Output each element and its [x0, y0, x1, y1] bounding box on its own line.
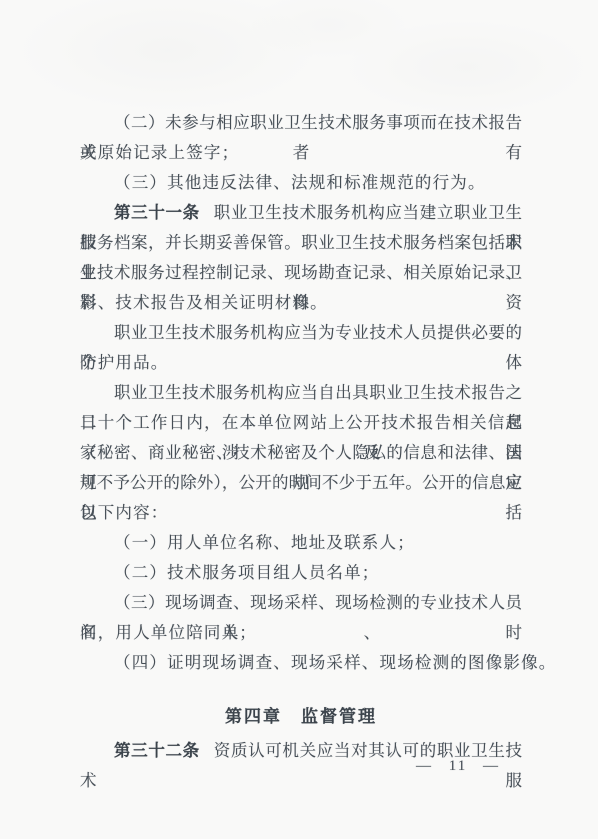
article-number-bold: 第三十一条: [114, 203, 214, 222]
chapter-heading: 第四章 监督管理: [80, 702, 522, 732]
article-number-bold: 第三十二条: [114, 741, 214, 760]
page-number: — 11 —: [416, 753, 500, 779]
text-line: 第三十一条职业卫生技术服务机构应当建立职业卫生技术: [80, 198, 522, 228]
text-line: （三）其他违反法律、法规和标准规范的行为。: [80, 168, 522, 198]
text-line: 职业卫生技术服务机构应当自出具职业卫生技术报告之日起: [80, 378, 522, 408]
text-line: （二）未参与相应职业卫生技术服务事项而在技术报告或者有: [80, 108, 522, 138]
text-line: 可不予公开的除外），公开的时间不少于五年。公开的信息应包括: [80, 468, 522, 498]
text-line: （一）用人单位名称、地址及联系人；: [80, 528, 522, 558]
text-line: （四）证明现场调查、现场采样、现场检测的图像影像。: [80, 648, 522, 678]
document-page: （二）未参与相应职业卫生技术服务事项而在技术报告或者有关原始记录上签字；（三）其…: [0, 0, 598, 839]
text-line: （三）现场调查、现场采样、现场检测的专业技术人员名单、时: [80, 588, 522, 618]
document-body: （二）未参与相应职业卫生技术服务事项而在技术报告或者有关原始记录上签字；（三）其…: [80, 108, 522, 766]
body-lines: （二）未参与相应职业卫生技术服务事项而在技术报告或者有关原始记录上签字；（三）其…: [80, 108, 522, 678]
text-line: 服务档案，并长期妥善保管。职业卫生技术服务档案包括职业卫: [80, 228, 522, 258]
text-line: 生技术服务过程控制记录、现场勘查记录、相关原始记录、影像资: [80, 258, 522, 288]
text-line: 家秘密、商业秘密、技术秘密及个人隐私的信息和法律、法规规定: [80, 438, 522, 468]
text-line: （二）技术服务项目组人员名单；: [80, 558, 522, 588]
text-line: 职业卫生技术服务机构应当为专业技术人员提供必要的个体: [80, 318, 522, 348]
text-line: 二十个工作日内，在本单位网站上公开技术报告相关信息（涉及国: [80, 408, 522, 438]
